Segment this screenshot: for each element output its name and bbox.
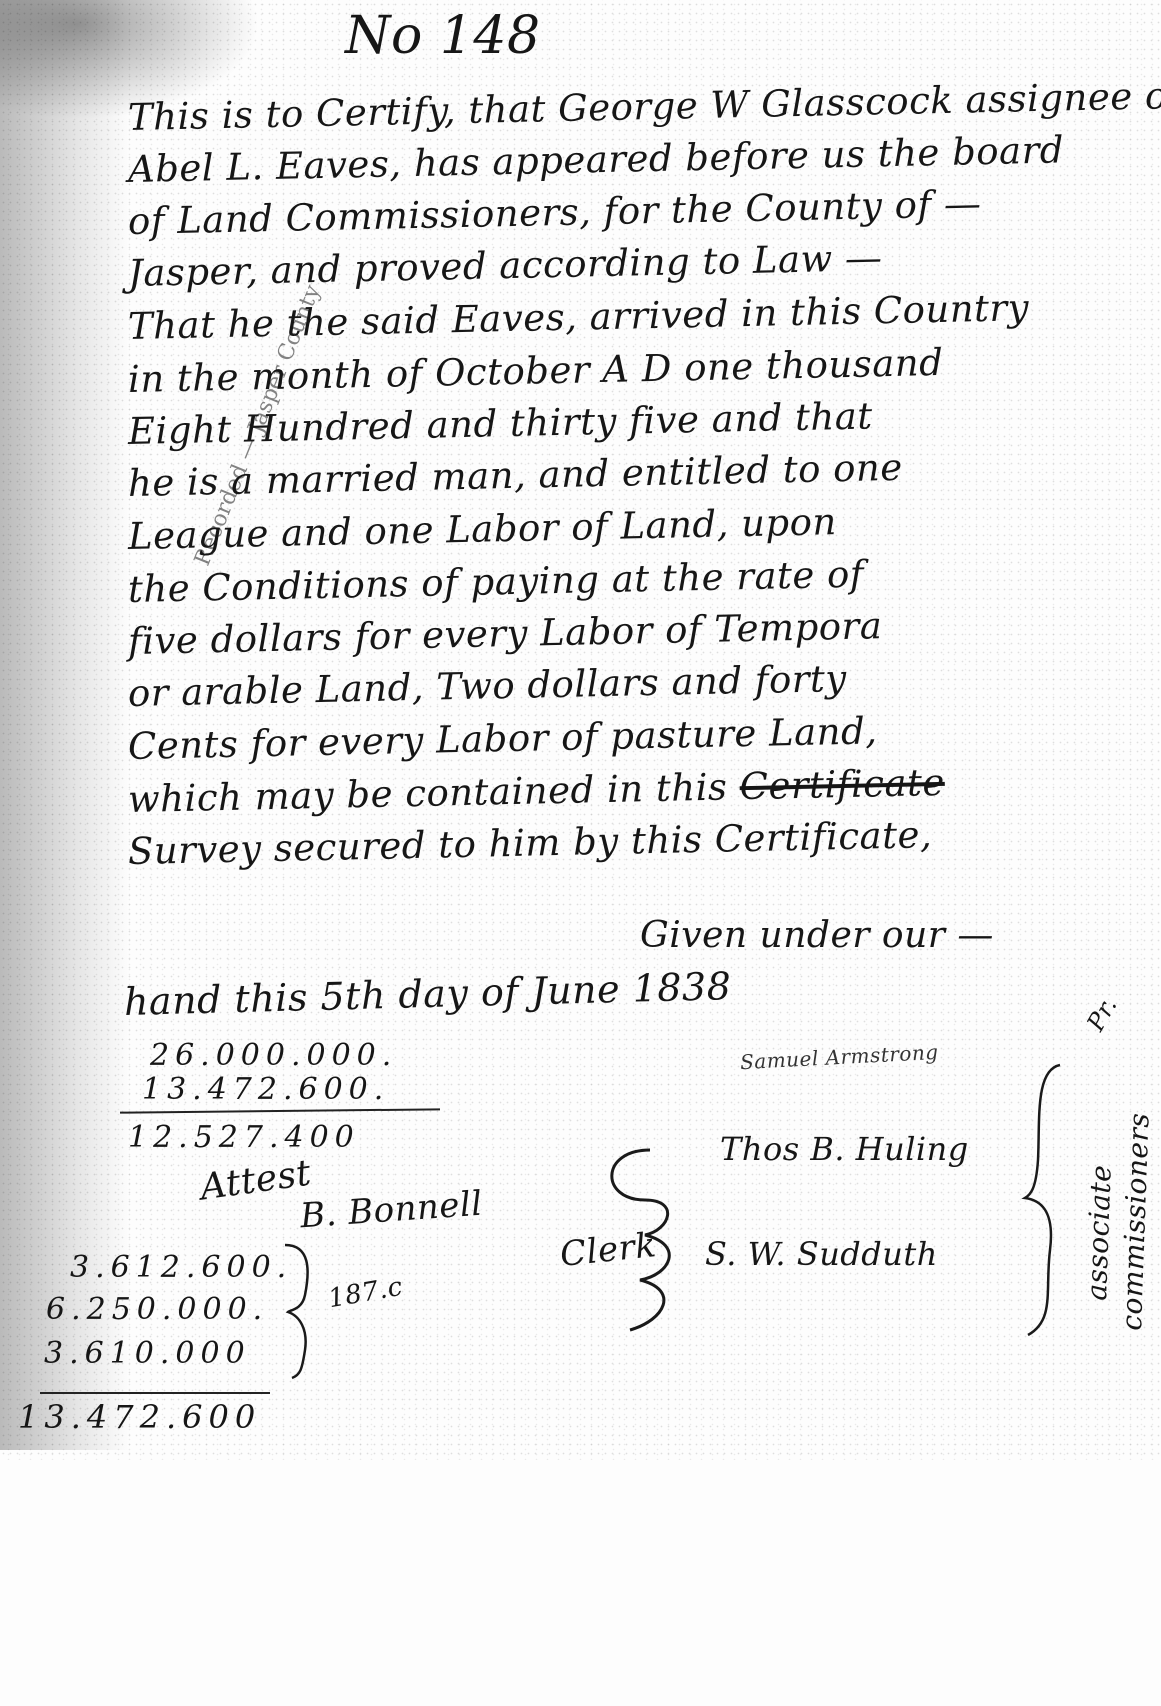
commissioners-bracket-icon [1020, 1060, 1080, 1340]
calc-add-total: 13.472.600 [18, 1398, 261, 1436]
closing-given-under: Given under our — [640, 915, 994, 956]
calc-add-item-3: 3.610.000 [44, 1336, 251, 1371]
scanned-document-page: Recorded — Jasper County No 148 This is … [0, 0, 1161, 1706]
clerk-flourish-icon [590, 1140, 710, 1340]
calc-subtrahend: 13.472.600. [142, 1072, 389, 1107]
calc-addition-rule [40, 1392, 270, 1394]
calc-minuend: 26.000.000. [150, 1038, 397, 1073]
calc-bracket-icon [280, 1240, 320, 1380]
calc-difference: 12.527.400 [128, 1120, 360, 1155]
commissioner-signature-2: S. W. Sudduth [705, 1235, 938, 1273]
commissioner-signature-1: Thos B. Huling [720, 1130, 969, 1168]
calc-add-item-2: 6.250.000. [46, 1292, 268, 1327]
certificate-number: No 148 [345, 6, 541, 66]
struck-word: Certificate [739, 761, 945, 808]
associate-label: associate [1080, 1164, 1118, 1301]
calc-add-item-1: 3.612.600. [70, 1250, 292, 1285]
